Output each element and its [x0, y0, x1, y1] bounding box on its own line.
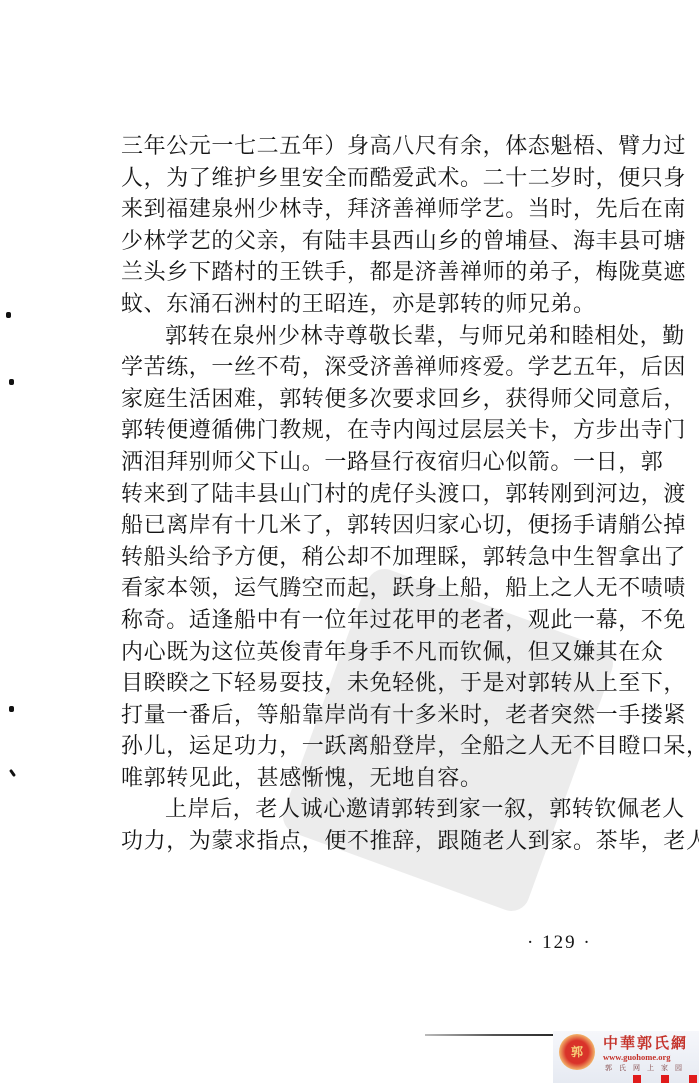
text-line: 人，为了维护乡里安全而酷爱武术。二十二岁时，便只身 — [121, 163, 691, 195]
text-line: 兰头乡下踏村的王铁手，都是济善禅师的弟子，梅陇莫遮 — [121, 257, 691, 289]
logo-decoration — [633, 1075, 699, 1083]
logo-url: www.guohome.org — [603, 1052, 671, 1062]
text-line: 郭转便遵循佛门教规，在寺内闯过层层关卡，方步出寺门 — [121, 415, 691, 447]
scan-speck — [9, 706, 14, 712]
text-line: 转船头给予方便，稍公却不加理睬，郭转急中生智拿出了 — [121, 542, 691, 574]
text-line: 上岸后，老人诚心邀请郭转到家一叙，郭转钦佩老人 — [121, 794, 691, 826]
text-line: 蚊、东涌石洲村的王昭连，亦是郭转的师兄弟。 — [121, 289, 691, 321]
scan-speck — [9, 379, 14, 385]
text-line: 孙儿，运足功力，一跃离船登岸，全船之人无不目瞪口呆， — [121, 731, 691, 763]
text-line: 船已离岸有十几米了，郭转因归家心切，便扬手请艄公掉 — [121, 510, 691, 542]
scan-speck — [9, 769, 16, 777]
logo-title: 中華郭氏網 — [603, 1032, 688, 1053]
text-line: 学苦练，一丝不苟，深受济善禅师疼爱。学艺五年，后因 — [121, 352, 691, 384]
logo-subtitle: 郭氏网上家园 — [605, 1063, 689, 1073]
text-line: 家庭生活困难，郭转便多次要求回乡，获得师父同意后， — [121, 384, 691, 416]
text-line: 唯郭转见此，甚感惭愧，无地自容。 — [121, 763, 691, 795]
scan-speck — [6, 312, 11, 318]
text-line: 郭转在泉州少林寺尊敬长辈，与师兄弟和睦相处，勤 — [121, 321, 691, 353]
text-line: 来到福建泉州少林寺，拜济善禅师学艺。当时，先后在南 — [121, 194, 691, 226]
text-line: 目睽睽之下轻易耍技，未免轻佻，于是对郭转从上至下， — [121, 668, 691, 700]
book-page: 三年公元一七二五年）身高八尺有余，体态魁梧、臂力过人，为了维护乡里安全而酷爱武术… — [0, 0, 699, 1083]
text-line: 洒泪拜别师父下山。一路昼行夜宿归心似箭。一日，郭 — [121, 447, 691, 479]
text-line: 转来到了陆丰县山门村的虎仔头渡口，郭转刚到河边，渡 — [121, 479, 691, 511]
body-text: 三年公元一七二五年）身高八尺有余，体态魁梧、臂力过人，为了维护乡里安全而酷爱武术… — [121, 131, 691, 858]
text-line: 称奇。适逢船中有一位年过花甲的老者，观此一幕，不免 — [121, 605, 691, 637]
text-line: 少林学艺的父亲，有陆丰县西山乡的曾埔昼、海丰县可塘 — [121, 226, 691, 258]
text-line: 打量一番后，等船靠岸尚有十多米时，老者突然一手搂紧 — [121, 700, 691, 732]
text-line: 功力，为蒙求指点，便不推辞，跟随老人到家。茶毕，老人 — [121, 826, 691, 858]
page-number: · 129 · — [527, 932, 592, 954]
seal-icon: 郭 — [559, 1034, 595, 1070]
site-logo: 郭 中華郭氏網 www.guohome.org 郭氏网上家园 — [553, 1031, 699, 1083]
text-line: 看家本领，运气腾空而起，跃身上船，船上之人无不啧啧 — [121, 573, 691, 605]
text-line: 内心既为这位英俊青年身手不凡而钦佩，但又嫌其在众 — [121, 637, 691, 669]
text-line: 三年公元一七二五年）身高八尺有余，体态魁梧、臂力过 — [121, 131, 691, 163]
